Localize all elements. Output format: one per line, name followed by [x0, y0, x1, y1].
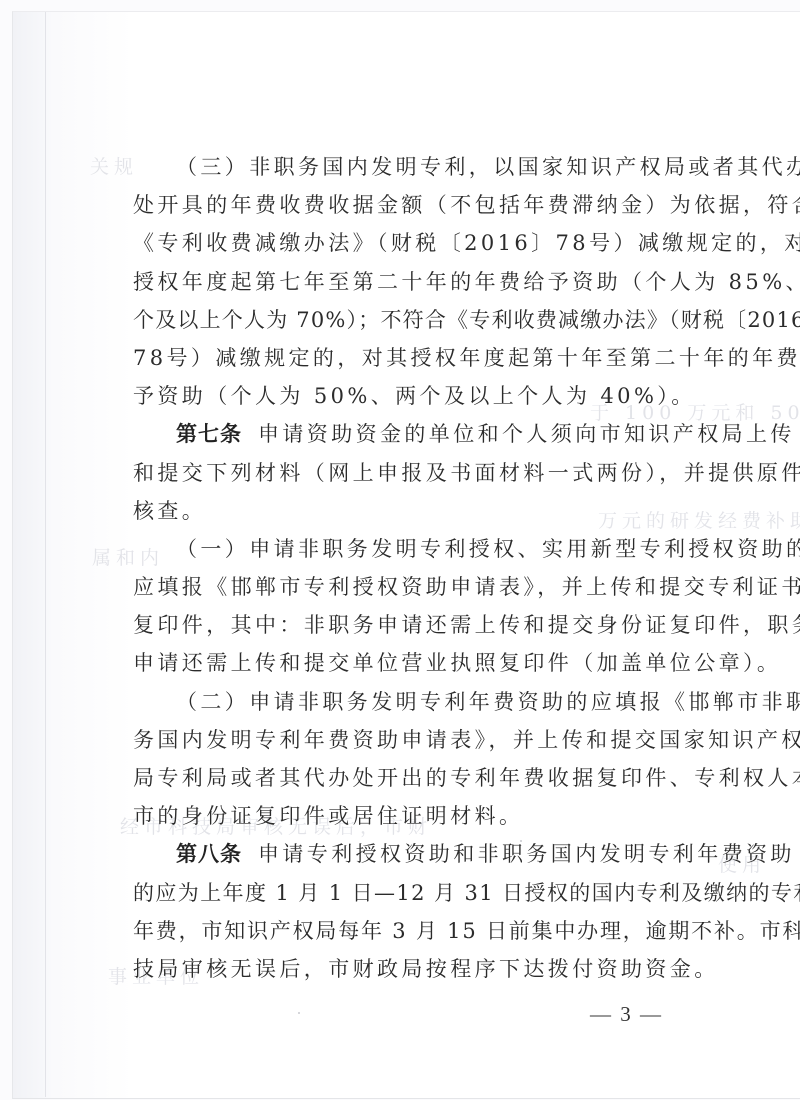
text-line: （二）申请非职务发明专利年费资助的应填报《邯郸市非职 — [133, 683, 707, 721]
text-line: 务国内发明专利年费资助申请表》，并上传和提交国家知识产权 — [133, 721, 707, 759]
text-line: 年费，市知识产权局每年 3 月 15 日前集中办理，逾期不补。市科 — [133, 912, 707, 950]
paper-edge-line — [45, 12, 46, 1097]
text-line: 技局审核无误后，市财政局按程序下达拨付资助资金。 — [133, 950, 707, 988]
scan-speck — [298, 1012, 300, 1014]
text-line: 复印件，其中：非职务申请还需上传和提交身份证复印件，职务 — [133, 606, 707, 644]
text-line: 第八条申请专利授权资助和非职务国内发明专利年费资助 — [133, 835, 707, 873]
text-line: 应填报《邯郸市专利授权资助申请表》，并上传和提交专利证书 — [133, 568, 707, 606]
paragraph-article-8: 第八条申请专利授权资助和非职务国内发明专利年费资助 的应为上年度 1 月 1 日… — [133, 835, 707, 988]
page-number: — 3 — — [590, 1002, 663, 1027]
text-line: 和提交下列材料（网上申报及书面材料一式两份），并提供原件 — [133, 454, 707, 492]
paragraph-article-7-item-2: （二）申请非职务发明专利年费资助的应填报《邯郸市非职 务国内发明专利年费资助申请… — [133, 683, 707, 836]
text-span: 申请专利授权资助和非职务国内发明专利年费资助 — [258, 842, 795, 866]
text-span: 申请资助资金的单位和个人须向市知识产权局上传 — [258, 422, 795, 446]
text-line: 的应为上年度 1 月 1 日—12 月 31 日授权的国内专利及缴纳的专利 — [133, 874, 707, 912]
text-line: 第七条申请资助资金的单位和个人须向市知识产权局上传 — [133, 415, 707, 453]
text-line: （一）申请非职务发明专利授权、实用新型专利授权资助的 — [133, 530, 707, 568]
paragraph-article-7-item-1: （一）申请非职务发明专利授权、实用新型专利授权资助的 应填报《邯郸市专利授权资助… — [133, 530, 707, 683]
paragraph-clause-3: （三）非职务国内发明专利，以国家知识产权局或者其代办 处开具的年费收费收据金额（… — [133, 148, 707, 415]
text-line: 处开具的年费收费收据金额（不包括年费滞纳金）为依据，符合 — [133, 186, 707, 224]
text-line: 予资助（个人为 50%、两个及以上个人为 40%）。 — [133, 377, 707, 415]
text-line: 个及以上个人为 70%）；不符合《专利收费减缴办法》（财税〔2016〕 — [133, 301, 707, 339]
text-line: 核查。 — [133, 492, 707, 530]
text-line: 局专利局或者其代办处开出的专利年费收据复印件、专利权人本 — [133, 759, 707, 797]
text-line: （三）非职务国内发明专利，以国家知识产权局或者其代办 — [133, 148, 707, 186]
text-line: 78号）减缴规定的，对其授权年度起第十年至第二十年的年费给 — [133, 339, 707, 377]
text-line: 《专利收费减缴办法》（财税〔2016〕78号）减缴规定的，对其 — [133, 224, 707, 262]
article-heading: 第八条 — [176, 842, 242, 866]
paragraph-article-7: 第七条申请资助资金的单位和个人须向市知识产权局上传 和提交下列材料（网上申报及书… — [133, 415, 707, 530]
scanned-page: 关规 于 100 万元和 50 万元的研发经费补助。 属和内 经市科技局审核无误… — [0, 0, 800, 1100]
text-line: 授权年度起第七年至第二十年的年费给予资助（个人为 85%、两 — [133, 263, 707, 301]
article-heading: 第七条 — [176, 422, 242, 446]
text-line: 申请还需上传和提交单位营业执照复印件（加盖单位公章）。 — [133, 644, 707, 682]
document-body: （三）非职务国内发明专利，以国家知识产权局或者其代办 处开具的年费收费收据金额（… — [133, 148, 707, 988]
text-line: 市的身份证复印件或居住证明材料。 — [133, 797, 707, 835]
bleed-through-text: 关规 — [90, 152, 138, 179]
